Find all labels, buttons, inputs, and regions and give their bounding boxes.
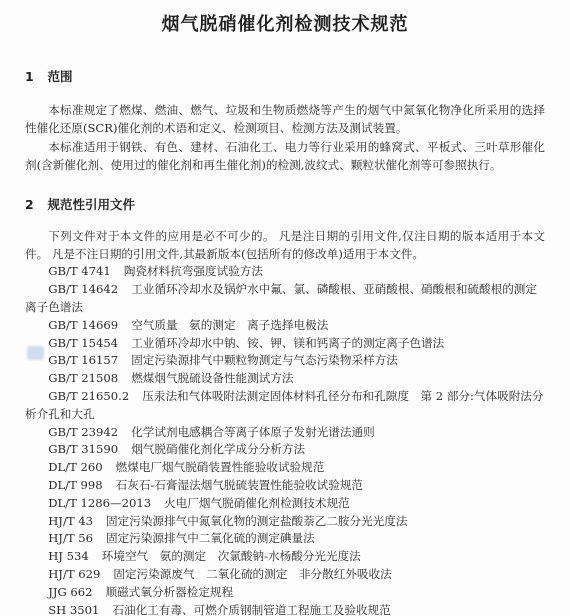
reference-code: DL/T 1286—2013 — [48, 496, 164, 510]
section-number: 1 — [25, 69, 34, 84]
reference-item: SH 3501石油化工有毒、可燃介质钢制管道工程施工及验收规范 — [25, 602, 545, 616]
reference-title: 石灰石-石膏湿法烟气脱硫装置性能验收试验规范 — [116, 478, 363, 492]
reference-code: HJ/T 629 — [48, 567, 113, 581]
reference-code: GB/T 14669 — [48, 318, 131, 332]
reference-code: GB/T 4741 — [48, 264, 124, 278]
reference-item: GB/T 31590烟气脱硝催化剂化学成分分析方法 — [25, 441, 545, 459]
reference-item: DL/T 998石灰石-石膏湿法烟气脱硫装置性能验收试验规范 — [25, 477, 545, 495]
reference-code: DL/T 260 — [48, 460, 115, 474]
reference-item: GB/T 21650.2压汞法和气体吸附法测定固体材料孔径分布和孔隙度 第 2 … — [25, 388, 545, 424]
reference-title: 固定污染源排气中二氧化硫的测定碘量法 — [106, 531, 315, 545]
reference-item: GB/T 14642工业循环冷却水及锅炉水中氟、氯、磷酸根、亚硝酸根、硝酸根和硫… — [25, 281, 545, 317]
reference-code: JJG 662 — [48, 585, 105, 599]
reference-title: 烟气脱硝催化剂化学成分分析方法 — [131, 442, 305, 456]
reference-title: 燃煤烟气脱硫设备性能测试方法 — [131, 371, 293, 385]
reference-code: HJ 534 — [48, 549, 102, 563]
reference-title: 固定污染源排气中氮氧化物的测定盐酸萘乙二胺分光光度法 — [106, 514, 407, 528]
reference-title: 顺磁式氧分析器检定规程 — [106, 585, 234, 599]
reference-code: HJ/T 56 — [48, 531, 106, 545]
scan-artifact — [27, 346, 44, 360]
page-content: 烟气脱硝催化剂检测技术规范 1范围 本标准规定了燃煤、燃油、燃气、垃圾和生物质燃… — [0, 0, 570, 616]
reference-code: DL/T 998 — [48, 478, 115, 492]
paragraph: 下列文件对于本文件的应用是必不可少的。 凡是注日期的引用文件,仅注日期的版本适用… — [25, 227, 545, 264]
reference-title: 化学试剂电感耦合等离子体原子发射光谱法通则 — [131, 425, 374, 439]
reference-title: 固定污染源废气 二氧化硫的测定 非分散红外吸收法 — [113, 567, 391, 581]
reference-item: GB/T 4741陶瓷材料抗弯强度试验方法 — [25, 263, 545, 281]
reference-code: GB/T 31590 — [48, 442, 131, 456]
paragraph: 本标准规定了燃煤、燃油、燃气、垃圾和生物质燃烧等产生的烟气中氮氧化物净化所采用的… — [25, 101, 545, 138]
reference-title: 固定污染源排气中颗粒物测定与气态污染物采样方法 — [131, 353, 398, 367]
reference-item: DL/T 260燃煤电厂烟气脱硝装置性能验收试验规范 — [25, 459, 545, 477]
reference-code: GB/T 14642 — [48, 282, 131, 296]
section-title: 范围 — [47, 69, 72, 84]
reference-code: GB/T 23942 — [48, 425, 131, 439]
reference-item: DL/T 1286—2013火电厂烟气脱硝催化剂检测技术规范 — [25, 495, 545, 513]
reference-item: HJ 534环境空气 氨的测定 次氯酸钠-水杨酸分光光度法 — [25, 548, 545, 566]
reference-code: SH 3501 — [48, 603, 112, 616]
reference-title: 燃煤电厂烟气脱硝装置性能验收试验规范 — [116, 460, 325, 474]
reference-item: GB/T 14669空气质量 氨的测定 离子选择电极法 — [25, 317, 545, 335]
reference-item: GB/T 23942化学试剂电感耦合等离子体原子发射光谱法通则 — [25, 424, 545, 442]
reference-item: JJG 662顺磁式氧分析器检定规程 — [25, 584, 545, 602]
reference-code: GB/T 16157 — [48, 353, 131, 367]
reference-item: GB/T 16157固定污染源排气中颗粒物测定与气态污染物采样方法 — [25, 352, 545, 370]
reference-title: 环境空气 氨的测定 次氯酸钠-水杨酸分光光度法 — [102, 549, 361, 563]
reference-list: GB/T 4741陶瓷材料抗弯强度试验方法 GB/T 14642工业循环冷却水及… — [25, 263, 545, 616]
reference-title: 火电厂烟气脱硝催化剂检测技术规范 — [164, 496, 350, 510]
section-title: 规范性引用文件 — [47, 197, 135, 212]
reference-title: 石油化工有毒、可燃介质钢制管道工程施工及验收规范 — [112, 603, 390, 616]
reference-code: HJ/T 43 — [48, 514, 106, 528]
reference-code: GB/T 21508 — [48, 371, 131, 385]
paragraph: 本标准适用于钢铁、有色、建材、石油化工、电力等行业采用的蜂窝式、平板式、三叶草形… — [25, 138, 545, 175]
reference-title: 空气质量 氨的测定 离子选择电极法 — [131, 318, 328, 332]
reference-title: 工业循环冷却水中钠、铵、钾、镁和钙离子的测定离子色谱法 — [131, 336, 444, 350]
reference-item: HJ/T 56固定污染源排气中二氧化硫的测定碘量法 — [25, 530, 545, 548]
reference-item: GB/T 15454工业循环冷却水中钠、铵、钾、镁和钙离子的测定离子色谱法 — [25, 335, 545, 353]
reference-code: GB/T 15454 — [48, 336, 131, 350]
reference-item: GB/T 21508燃煤烟气脱硫设备性能测试方法 — [25, 370, 545, 388]
section-number: 2 — [25, 197, 34, 212]
section-1-heading: 1范围 — [25, 67, 545, 86]
reference-item: HJ/T 43固定污染源排气中氮氧化物的测定盐酸萘乙二胺分光光度法 — [25, 513, 545, 531]
reference-code: GB/T 21650.2 — [48, 389, 142, 403]
section-2-heading: 2规范性引用文件 — [25, 195, 545, 214]
document-title: 烟气脱硝催化剂检测技术规范 — [25, 0, 545, 37]
reference-item: HJ/T 629固定污染源废气 二氧化硫的测定 非分散红外吸收法 — [25, 566, 545, 584]
reference-title: 陶瓷材料抗弯强度试验方法 — [124, 264, 263, 278]
document-page: 烟气脱硝催化剂检测技术规范 1范围 本标准规定了燃煤、燃油、燃气、垃圾和生物质燃… — [0, 0, 570, 616]
